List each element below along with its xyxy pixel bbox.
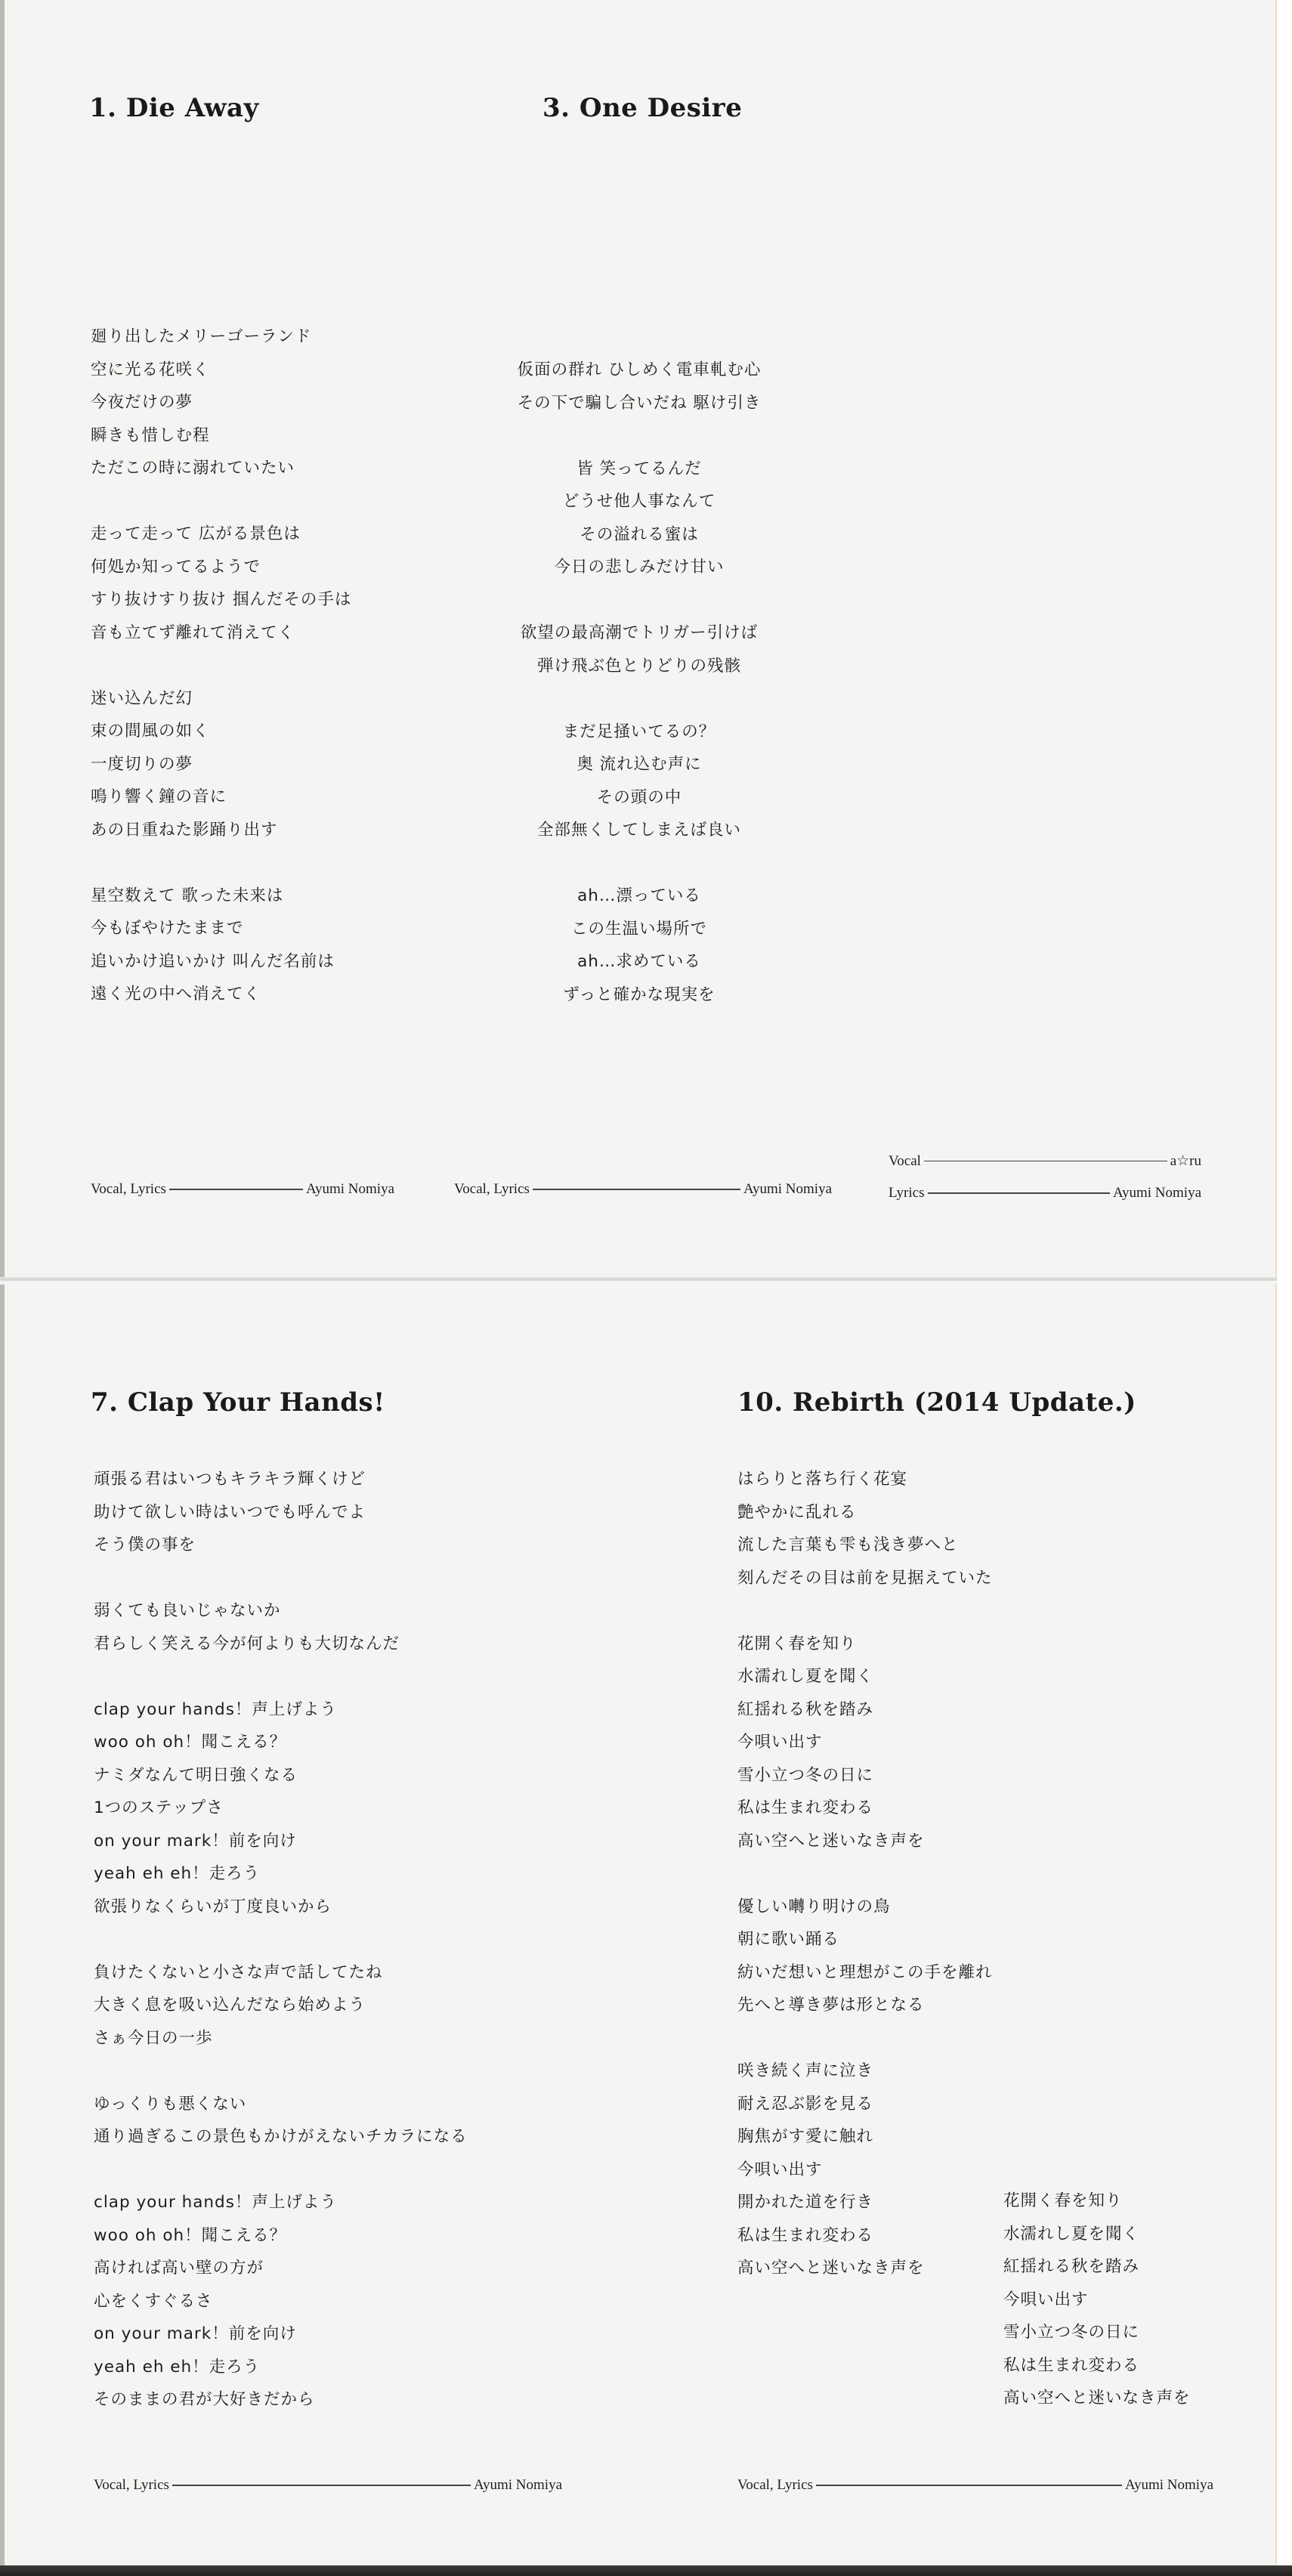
lyric-line: 高い空へと迷いなき声を <box>737 2252 987 2285</box>
lyric-line: on your mark！前を向け <box>94 2318 623 2351</box>
lyric-line: 追いかけ追いかけ 叫んだ名前は <box>91 945 408 979</box>
lyric-line: 助けて欲しい時はいつでも呼んでよ <box>94 1496 623 1529</box>
lyric-line: 雪小立つ冬の日に <box>1003 2316 1260 2349</box>
lyric-line: 今唄い出す <box>737 2154 987 2187</box>
stanza: 優しい囀り明けの鳥朝に歌い踊る紡いだ想いと理想がこの手を離れ先へと導き夢は形とな… <box>737 1891 987 2022</box>
stanza: 廻り出したメリーゴーランド空に光る花咲く今夜だけの夢瞬きも惜しむ程ただこの時に溺… <box>91 320 408 485</box>
credit-role: Lyrics <box>889 1185 925 1201</box>
lyric-line: そのままの君が大好きだから <box>94 2383 623 2417</box>
stanza: 欲望の最高潮でトリガー引けば弾け飛ぶ色とりどりの残骸 <box>488 617 790 682</box>
lyric-line: 通り過ぎるこの景色もかけがえないチカラになる <box>94 2120 623 2154</box>
song-title: 1. Die Away <box>89 93 259 123</box>
lyric-line: 紡いだ想いと理想がこの手を離れ <box>737 1956 987 1990</box>
credit-name: Ayumi Nomiya <box>306 1181 394 1198</box>
lyric-line: 1つのステップさ <box>94 1792 623 1825</box>
lyric-line: 大きく息を吸い込んだなら始めよう <box>94 1989 623 2022</box>
stanza: clap your hands！声上げようwoo oh oh！聞こえる？ナミダな… <box>94 1693 623 1924</box>
lyric-line: 花開く春を知り <box>1003 2185 1260 2218</box>
lyric-line: 弾け飛ぶ色とりどりの残骸 <box>488 650 790 683</box>
credit-line-lyrics: Lyrics Ayumi Nomiya <box>889 1185 1201 1201</box>
lyric-line: その溢れる蜜は <box>488 518 790 552</box>
lyric-line: 私は生まれ変わる <box>737 1792 987 1825</box>
lyric-line: はらりと落ち行く花宴 <box>737 1463 987 1496</box>
credit-rule <box>924 1161 1167 1162</box>
lyric-line: 咲き続く声に泣き <box>737 2055 987 2088</box>
credit-rule <box>169 1189 303 1190</box>
song-title: 7. Clap Your Hands! <box>91 1387 385 1418</box>
lyric-line: 欲望の最高潮でトリガー引けば <box>488 617 790 650</box>
lyric-line: 今唄い出す <box>1003 2284 1260 2317</box>
lyric-line: woo oh oh！聞こえる？ <box>94 2219 623 2253</box>
stanza: 頑張る君はいつもキラキラ輝くけど助けて欲しい時はいつでも呼んでよそう僕の事を <box>94 1463 623 1562</box>
lyric-line: 水濡れし夏を聞く <box>1003 2218 1260 2251</box>
lyric-line: 私は生まれ変わる <box>1003 2349 1260 2383</box>
lyric-line: 艶やかに乱れる <box>737 1496 987 1529</box>
credit-role: Vocal, Lyrics <box>737 2477 813 2494</box>
credit-name: Ayumi Nomiya <box>1125 2477 1213 2494</box>
lyric-line: 負けたくないと小さな声で話してたね <box>94 1956 623 1990</box>
lyric-line: 雪小立つ冬の日に <box>737 1759 987 1792</box>
lyrics: 廻り出したメリーゴーランド空に光る花咲く今夜だけの夢瞬きも惜しむ程ただこの時に溺… <box>91 320 408 1044</box>
lyric-line: 空に光る花咲く <box>91 354 408 387</box>
credit-line: Vocal, Lyrics Ayumi Nomiya <box>94 2477 562 2494</box>
credit-rule <box>816 2485 1122 2486</box>
stanza: 咲き続く声に泣き耐え忍ぶ影を見る胸焦がす愛に触れ今唄い出す開かれた道を行き私は生… <box>737 2055 987 2285</box>
scanner-bottom-edge <box>0 2565 1292 2576</box>
credit-name: a☆ru <box>1170 1152 1201 1170</box>
stanza: まだ足掻いてるの？奥 流れ込む声にその頭の中全部無くしてしまえば良い <box>488 716 790 847</box>
credit-line-vocal: Vocal a☆ru <box>889 1152 1201 1170</box>
lyric-line: その下で騙し合いだね 駆け引き <box>488 387 790 420</box>
stanza: 走って走って 広がる景色は何処か知ってるようですり抜けすり抜け 掴んだその手は音… <box>91 518 408 649</box>
credit-name: Ayumi Nomiya <box>474 2477 562 2494</box>
lyric-line: 皆 笑ってるんだ <box>488 453 790 486</box>
credit-role: Vocal, Lyrics <box>94 2477 169 2494</box>
lyric-line: 紅揺れる秋を踏み <box>1003 2250 1260 2284</box>
stanza: clap your hands！声上げようwoo oh oh！聞こえる？高ければ… <box>94 2186 623 2417</box>
lyric-line: すり抜けすり抜け 掴んだその手は <box>91 583 408 617</box>
lyric-line: 鳴り響く鐘の音に <box>91 781 408 814</box>
lyric-line: 紅揺れる秋を踏み <box>737 1693 987 1727</box>
lyric-line: 音も立てず離れて消えてく <box>91 617 408 650</box>
credit-rule <box>172 2485 471 2486</box>
lyric-line: clap your hands！声上げよう <box>94 1693 623 1727</box>
lyric-line: yeah eh eh！走ろう <box>94 1857 623 1891</box>
lyric-line: 廻り出したメリーゴーランド <box>91 320 408 354</box>
lyric-line: その頭の中 <box>488 781 790 815</box>
lyric-line: 優しい囀り明けの鳥 <box>737 1891 987 1924</box>
lyric-line: 耐え忍ぶ影を見る <box>737 2088 987 2121</box>
lyric-line: on your mark！前を向け <box>94 1825 623 1858</box>
lyric-line: 瞬きも惜しむ程 <box>91 419 408 453</box>
lyric-line: 今もぼやけたままで <box>91 912 408 945</box>
lyric-line: 水濡れし夏を聞く <box>737 1660 987 1693</box>
lyric-line: woo oh oh！聞こえる？ <box>94 1726 623 1759</box>
lyric-line: yeah eh eh！走ろう <box>94 2351 623 2384</box>
lyric-line: さぁ今日の一歩 <box>94 2022 623 2055</box>
lyric-line: あの日重ねた影踊り出す <box>91 814 408 847</box>
stanza: 仮面の群れ ひしめく電車軋む心その下で騙し合いだね 駆け引き <box>488 354 790 419</box>
lyric-line: 束の間風の如く <box>91 715 408 748</box>
credit-name: Ayumi Nomiya <box>1113 1185 1201 1201</box>
lyric-line: 流した言葉も雫も浅き夢へと <box>737 1529 987 1562</box>
lyric-line: 今唄い出す <box>737 1726 987 1759</box>
lyric-line: 仮面の群れ ひしめく電車軋む心 <box>488 354 790 387</box>
lyric-line: 高ければ高い壁の方が <box>94 2252 623 2285</box>
top-spread-page: 1. Die Away 廻り出したメリーゴーランド空に光る花咲く今夜だけの夢瞬き… <box>5 0 1278 1279</box>
lyric-line: 刻んだその目は前を見据えていた <box>737 1562 987 1595</box>
bottom-spread-page: 7. Clap Your Hands! 頑張る君はいつもキラキラ輝くけど助けて欲… <box>5 1283 1278 2565</box>
lyric-line: 開かれた道を行き <box>737 2186 987 2219</box>
lyric-line: 朝に歌い踊る <box>737 1923 987 1956</box>
credit-role: Vocal, Lyrics <box>454 1181 530 1198</box>
credit-role: Vocal, Lyrics <box>91 1181 166 1198</box>
stanza: 皆 笑ってるんだどうせ他人事なんてその溢れる蜜は今日の悲しみだけ甘い <box>488 453 790 584</box>
lyric-line: まだ足掻いてるの？ <box>488 716 790 749</box>
lyric-line: 遠く光の中へ消えてく <box>91 978 408 1011</box>
booklet-right-edge <box>1277 0 1292 2576</box>
stanza: 負けたくないと小さな声で話してたね大きく息を吸い込んだなら始めようさぁ今日の一歩 <box>94 1956 623 2055</box>
lyric-line: ただこの時に溺れていたい <box>91 452 408 485</box>
lyrics: 仮面の群れ ひしめく電車軋む心その下で騙し合いだね 駆け引き皆 笑ってるんだどう… <box>488 354 790 1044</box>
stanza: 花開く春を知り水濡れし夏を聞く紅揺れる秋を踏み今唄い出す雪小立つ冬の日に私は生ま… <box>737 1628 987 1858</box>
lyric-line: 今日の悲しみだけ甘い <box>488 551 790 584</box>
credit-line: Vocal, Lyrics Ayumi Nomiya <box>454 1181 832 1198</box>
lyrics: はらりと落ち行く花宴艶やかに乱れる流した言葉も雫も浅き夢へと刻んだその目は前を見… <box>737 1463 987 2318</box>
credit-name: Ayumi Nomiya <box>743 1181 832 1198</box>
credit-role: Vocal <box>889 1153 921 1170</box>
stanza: 弱くても良いじゃないか君らしく笑える今が何よりも大切なんだ <box>94 1594 623 1660</box>
lyric-line: 花開く春を知り <box>737 1628 987 1661</box>
lyric-line: 胸焦がす愛に触れ <box>737 2120 987 2154</box>
lyric-line: 高い空へと迷いなき声を <box>737 1825 987 1858</box>
lyric-line: ずっと確かな現実を <box>488 979 790 1012</box>
lyric-line: 今夜だけの夢 <box>91 386 408 419</box>
lyrics: 頑張る君はいつもキラキラ輝くけど助けて欲しい時はいつでも呼んでよそう僕の事を弱く… <box>94 1463 623 2449</box>
lyric-line: 先へと導き夢は形となる <box>737 1989 987 2022</box>
stanza: 迷い込んだ幻束の間風の如く一度切りの夢鳴り響く鐘の音にあの日重ねた影踊り出す <box>91 682 408 847</box>
lyric-line: 高い空へと迷いなき声を <box>1003 2382 1260 2415</box>
lyric-line: 何処か知ってるようで <box>91 551 408 584</box>
lyric-line: そう僕の事を <box>94 1529 623 1562</box>
stanza: 星空数えて 歌った未来は今もぼやけたままで追いかけ追いかけ 叫んだ名前は遠く光の… <box>91 880 408 1011</box>
lyric-line: 一度切りの夢 <box>91 748 408 781</box>
lyric-line: 私は生まれ変わる <box>737 2219 987 2253</box>
lyric-line: ah…漂っている <box>488 880 790 913</box>
song-title: 10. Rebirth (2014 Update.) <box>737 1387 1136 1418</box>
credit-line: Vocal, Lyrics Ayumi Nomiya <box>737 2477 1213 2494</box>
lyric-line: 弱くても良いじゃないか <box>94 1594 623 1628</box>
lyric-line: 星空数えて 歌った未来は <box>91 880 408 913</box>
song-title: 3. One Desire <box>542 93 742 123</box>
lyric-line: 心をくすぐるさ <box>94 2285 623 2318</box>
lyric-line: ナミダなんて明日強くなる <box>94 1759 623 1792</box>
stanza: ah…漂っているこの生温い場所でah…求めているずっと確かな現実を <box>488 880 790 1011</box>
lyrics-second-column: 花開く春を知り水濡れし夏を聞く紅揺れる秋を踏み今唄い出す雪小立つ冬の日に私は生ま… <box>1003 2185 1260 2415</box>
stanza: はらりと落ち行く花宴艶やかに乱れる流した言葉も雫も浅き夢へと刻んだその目は前を見… <box>737 1463 987 1594</box>
lyric-line: 迷い込んだ幻 <box>91 682 408 716</box>
lyric-line: 奥 流れ込む声に <box>488 748 790 781</box>
credit-rule <box>533 1189 740 1190</box>
lyric-line: ah…求めている <box>488 945 790 979</box>
lyric-line: どうせ他人事なんて <box>488 485 790 518</box>
lyric-line: 君らしく笑える今が何よりも大切なんだ <box>94 1628 623 1661</box>
credit-line: Vocal, Lyrics Ayumi Nomiya <box>91 1181 394 1198</box>
lyric-line: 欲張りなくらいが丁度良いから <box>94 1891 623 1924</box>
lyric-line: 全部無くしてしまえば良い <box>488 814 790 847</box>
lyric-line: ゆっくりも悪くない <box>94 2088 623 2121</box>
stanza: ゆっくりも悪くない通り過ぎるこの景色もかけがえないチカラになる <box>94 2088 623 2154</box>
lyric-line: clap your hands！声上げよう <box>94 2186 623 2219</box>
credit-rule <box>928 1192 1111 1194</box>
lyric-line: この生温い場所で <box>488 913 790 946</box>
lyric-line: 頑張る君はいつもキラキラ輝くけど <box>94 1463 623 1496</box>
lyric-line: 走って走って 広がる景色は <box>91 518 408 551</box>
